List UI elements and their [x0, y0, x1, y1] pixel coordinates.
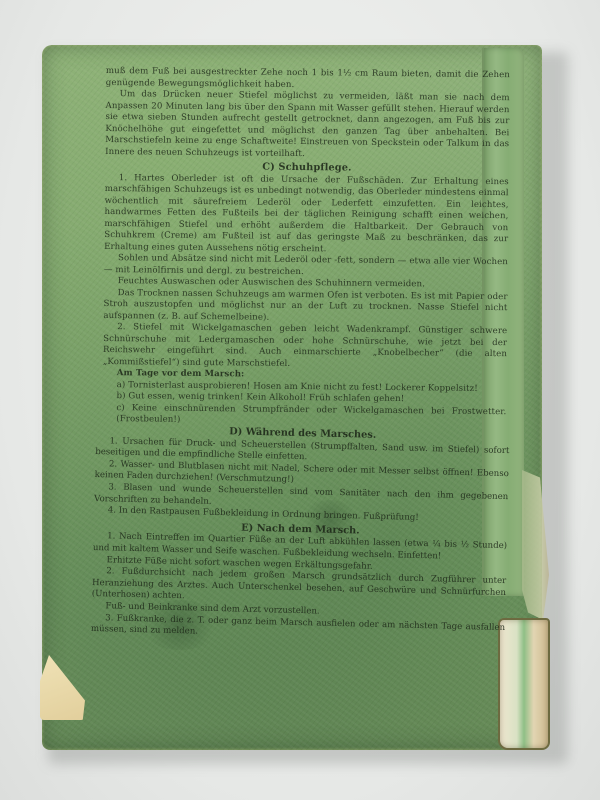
- intro-paragraph: Um das Drücken neuer Stiefel möglichst z…: [105, 89, 510, 162]
- printed-text-lower: D) Während des Marsches. 1. Ursachen für…: [91, 421, 510, 646]
- paragraph: Das Trocknen nassen Schuhzeugs am warmen…: [103, 287, 507, 326]
- paragraph: 1. Hartes Oberleder ist oft die Ursache …: [104, 172, 509, 257]
- printed-text-upper: muß dem Fuß bei ausgestreckter Zehe noch…: [102, 66, 510, 430]
- paragraph: 2. Stiefel mit Wickelgamaschen geben lei…: [103, 322, 507, 372]
- worn-spine-bottom: [498, 618, 550, 750]
